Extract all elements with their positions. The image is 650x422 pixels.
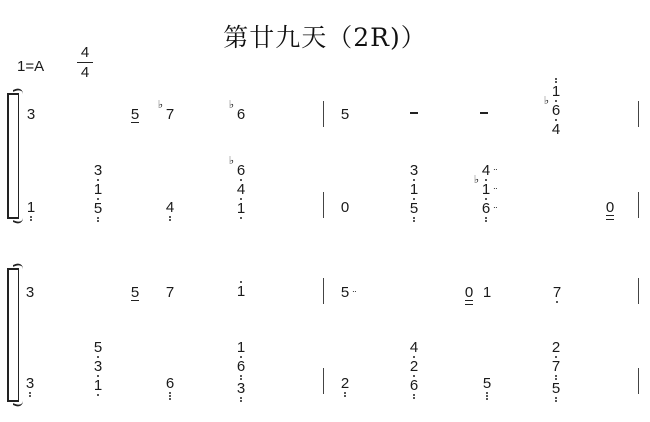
note-digit: 1 — [410, 182, 418, 197]
note: 7♭ — [163, 107, 177, 122]
note-digit: 3 — [94, 359, 102, 374]
chord: 4··1♭··6·· — [479, 163, 493, 223]
note-digit: 5 — [94, 201, 102, 216]
barline — [323, 101, 324, 127]
note-digit: 2 — [341, 376, 349, 391]
low-octave-dots — [24, 216, 38, 221]
note: 4 — [163, 200, 177, 222]
note-row: 5 — [407, 201, 421, 216]
note-row: 3 — [407, 163, 421, 178]
note-row: 2 — [407, 359, 421, 374]
octave-dot — [169, 395, 171, 397]
score-title: 第廿九天（2R)） — [0, 18, 650, 54]
note-digit: 5 — [131, 107, 139, 123]
note: 5 — [128, 285, 142, 301]
octave-dot — [555, 78, 557, 80]
low-octave-dots — [338, 392, 352, 397]
octave-dot — [485, 217, 487, 219]
octave-dot — [486, 398, 488, 400]
octave-dot — [169, 392, 171, 394]
sustain-dash — [480, 112, 488, 114]
note-row: 7♭ — [163, 107, 177, 122]
note-row: 7 — [163, 285, 177, 300]
flat-sign: ♭ — [474, 173, 479, 188]
octave-dot — [169, 398, 171, 400]
note: 1 — [24, 200, 38, 222]
note: 7 — [550, 285, 564, 304]
octave-dot — [29, 395, 31, 397]
flat-sign: ♭ — [229, 98, 234, 113]
note-row: 6♭ — [234, 107, 248, 122]
note-digit: 1 — [27, 200, 35, 215]
note-digit: 3 — [26, 376, 34, 391]
note-digit: 4 — [166, 200, 174, 215]
octave-dot — [169, 219, 171, 221]
augmentation-dots: ·· — [352, 284, 356, 299]
note-digit: 5·· — [341, 285, 349, 300]
note-row: 0 — [603, 200, 617, 216]
system-bracket — [7, 268, 19, 402]
note: 5 — [338, 107, 352, 122]
note-digit: 1 — [483, 285, 491, 300]
note-digit: 1 — [94, 378, 102, 393]
barline — [323, 368, 324, 394]
note-row: 7 — [549, 359, 563, 374]
octave-dot — [485, 220, 487, 222]
barline — [638, 192, 639, 218]
time-signature-bottom: 4 — [77, 64, 93, 81]
octave-dot — [97, 394, 99, 396]
note-row: 1 — [549, 84, 563, 99]
note-digit: 5 — [341, 107, 349, 122]
octave-dot — [97, 217, 99, 219]
note-digit: 6 — [166, 376, 174, 391]
note-row: 2 — [549, 340, 563, 355]
low-octave-dots — [234, 217, 248, 219]
note-digit: 4·· — [482, 163, 490, 178]
note: 7 — [163, 285, 177, 300]
flat-sign: ♭ — [544, 94, 549, 109]
note-row: 1 — [234, 284, 248, 299]
note-digit: 4 — [410, 340, 418, 355]
note-digit: 1 — [237, 340, 245, 355]
note-digit: 7 — [552, 359, 560, 374]
note-row: 6·· — [479, 201, 493, 216]
flat-sign: ♭ — [229, 154, 234, 169]
note-digit: 5 — [94, 340, 102, 355]
note: 6 — [163, 376, 177, 401]
note: 1 — [480, 285, 494, 300]
octave-dot — [486, 395, 488, 397]
note-row: 4 — [163, 200, 177, 215]
note-row: 3 — [234, 381, 248, 396]
low-octave-dots — [407, 394, 421, 399]
octave-dot — [97, 220, 99, 222]
note-digit: 3 — [26, 285, 34, 300]
low-octave-dots — [550, 301, 564, 303]
augmentation-dots: ·· — [493, 200, 497, 215]
time-signature-top: 4 — [77, 44, 93, 61]
low-octave-dots — [23, 392, 37, 397]
barline — [638, 101, 639, 127]
low-octave-dots — [234, 397, 248, 402]
note-digit: 6·· — [482, 201, 490, 216]
low-octave-dots — [91, 217, 105, 222]
note-digit: 4 — [552, 122, 560, 137]
note-row: 5 — [338, 107, 352, 122]
note-digit: 3 — [94, 163, 102, 178]
note-row: 6 — [407, 378, 421, 393]
chord: 531 — [91, 340, 105, 397]
note-row: 1 — [24, 200, 38, 215]
octave-dot — [555, 397, 557, 399]
barline — [638, 278, 639, 304]
note: 0 — [462, 285, 476, 301]
note-digit: 3 — [237, 381, 245, 396]
octave-dot — [344, 392, 346, 394]
note-digit: 1 — [237, 284, 245, 299]
augmentation-dots: ·· — [493, 162, 497, 177]
note-digit: 1 — [237, 201, 245, 216]
note-row: 3 — [91, 359, 105, 374]
time-signature: 4 4 — [77, 44, 93, 81]
key-signature: 1=A — [17, 58, 44, 75]
barline — [323, 192, 324, 218]
octave-dot — [240, 375, 242, 377]
note-row: 6 — [234, 359, 248, 374]
note-digit: 3 — [27, 107, 35, 122]
note-row: 0 — [462, 285, 476, 301]
note-digit: 6♭ — [237, 163, 245, 178]
note-row: 5 — [480, 376, 494, 391]
note-digit: 6♭ — [552, 103, 560, 118]
note-row: 1♭·· — [479, 182, 493, 197]
octave-dot — [413, 397, 415, 399]
octave-dot — [169, 216, 171, 218]
note-row: 5 — [91, 340, 105, 355]
octave-dot — [240, 217, 242, 219]
note-row: 1 — [234, 340, 248, 355]
note-row: 3 — [91, 163, 105, 178]
note: 1 — [234, 280, 248, 299]
note: 3 — [23, 285, 37, 300]
low-octave-dots — [407, 217, 421, 222]
note-digit: 7 — [553, 285, 561, 300]
octave-dot — [555, 400, 557, 402]
sustain-dash — [410, 112, 418, 114]
octave-dot — [240, 397, 242, 399]
note-digit: 0 — [606, 200, 614, 216]
note-digit: 3 — [410, 163, 418, 178]
note: 5 — [480, 376, 494, 401]
note-row: 5 — [91, 201, 105, 216]
note-row: 3 — [23, 376, 37, 391]
note: 5·· — [338, 285, 352, 300]
note-digit: 6♭ — [237, 107, 245, 122]
note-digit: 7 — [166, 285, 174, 300]
note-row: 7 — [550, 285, 564, 300]
note: 0 — [603, 200, 617, 216]
chord: 16♭4 — [549, 77, 563, 137]
note-digit: 5 — [410, 201, 418, 216]
note-digit: 5 — [131, 285, 139, 301]
note-row: 2 — [338, 376, 352, 391]
note-row: 6♭ — [234, 163, 248, 178]
octave-dot — [29, 392, 31, 394]
octave-dot — [344, 395, 346, 397]
note-digit: 2 — [410, 359, 418, 374]
augmentation-dots: ·· — [493, 181, 497, 196]
barline — [323, 278, 324, 304]
note-row: 5·· — [338, 285, 352, 300]
note-row: 1 — [480, 285, 494, 300]
low-octave-dots — [479, 217, 493, 222]
barline — [638, 368, 639, 394]
chord: 315 — [91, 163, 105, 223]
note: 2 — [338, 376, 352, 398]
note: 0 — [338, 200, 352, 215]
note-digit: 0 — [465, 285, 473, 301]
chord: 315 — [407, 163, 421, 223]
note-row: 4 — [407, 340, 421, 355]
note-row: 5 — [128, 285, 142, 301]
system-bracket — [7, 93, 19, 219]
note-digit: 1 — [552, 84, 560, 99]
note: 3 — [24, 107, 38, 122]
note-row: 6♭ — [549, 103, 563, 118]
octave-dot — [30, 219, 32, 221]
note-digit: 6 — [237, 359, 245, 374]
chord: 163 — [234, 340, 248, 403]
note-digit: 5 — [483, 376, 491, 391]
note-row: 1 — [91, 378, 105, 393]
note: 6♭ — [234, 107, 248, 122]
note-digit: 1♭·· — [482, 182, 490, 197]
octave-dot — [30, 216, 32, 218]
low-octave-dots — [480, 392, 494, 400]
note-row: 4·· — [479, 163, 493, 178]
note: 3 — [23, 376, 37, 398]
note-row: 3 — [23, 285, 37, 300]
note-row: 0 — [338, 200, 352, 215]
low-octave-dots — [163, 216, 177, 221]
octave-dot — [240, 400, 242, 402]
chord: 426 — [407, 340, 421, 400]
octave-dot — [556, 301, 558, 303]
octave-dot — [413, 220, 415, 222]
note: 5 — [128, 107, 142, 123]
note-digit: 2 — [552, 340, 560, 355]
low-octave-dots — [549, 397, 563, 402]
note-row: 5 — [549, 381, 563, 396]
note-digit: 6 — [410, 378, 418, 393]
note-digit: 7♭ — [166, 107, 174, 122]
note-row: 1 — [407, 182, 421, 197]
time-signature-divider — [77, 62, 93, 63]
note-digit: 5 — [552, 381, 560, 396]
chord: 6♭41 — [234, 163, 248, 220]
note-row: 6 — [163, 376, 177, 391]
note-row: 4 — [234, 182, 248, 197]
note-row: 1 — [234, 201, 248, 216]
note-row: 1 — [91, 182, 105, 197]
low-octave-dots — [91, 394, 105, 396]
note-digit: 1 — [94, 182, 102, 197]
octave-dot — [413, 394, 415, 396]
note-row: 3 — [24, 107, 38, 122]
low-octave-dots — [163, 392, 177, 400]
note-row: 4 — [549, 122, 563, 137]
note-row: 5 — [128, 107, 142, 123]
chord: 275 — [549, 340, 563, 403]
note-digit: 0 — [341, 200, 349, 215]
note-digit: 4 — [237, 182, 245, 197]
octave-dot — [413, 217, 415, 219]
octave-dot — [555, 375, 557, 377]
octave-dot — [486, 392, 488, 394]
flat-sign: ♭ — [158, 98, 163, 113]
